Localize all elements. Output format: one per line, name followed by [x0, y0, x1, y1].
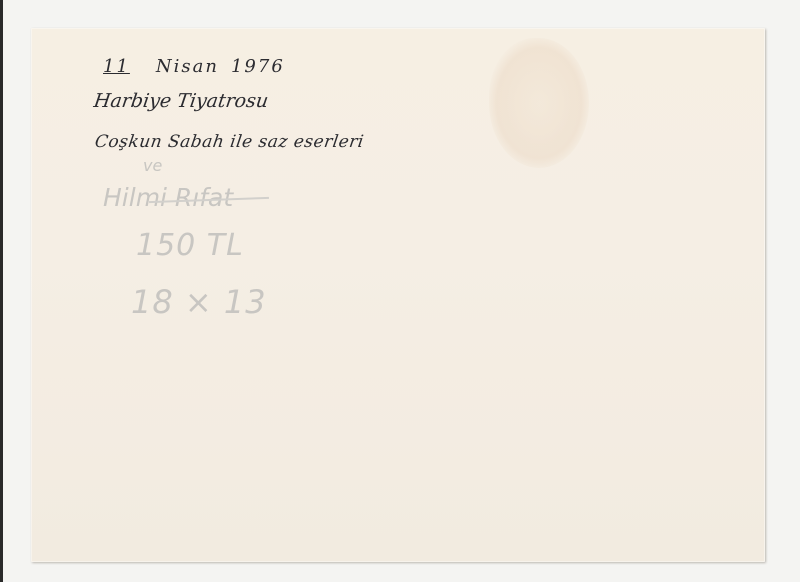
scan-edge: [0, 0, 3, 582]
date-year: 1976: [231, 56, 285, 77]
pencil-name: Hilmi Rıfat: [103, 183, 233, 212]
handwritten-date: 11Nisan1976: [103, 56, 285, 77]
date-month: Nisan: [156, 56, 219, 77]
paper-stain: [489, 38, 589, 168]
handwritten-venue: Harbiye Tiyatrosu: [92, 90, 269, 112]
pencil-price: 150 TL: [136, 228, 244, 263]
pencil-conjunction: ve: [143, 156, 162, 175]
date-day: 11: [103, 56, 130, 77]
photo-back-paper: 11Nisan1976 Harbiye Tiyatrosu Coşkun Sab…: [31, 28, 765, 562]
handwritten-program: Coşkun Sabah ile saz eserleri: [94, 132, 366, 152]
pencil-dimensions: 18 × 13: [131, 283, 267, 321]
